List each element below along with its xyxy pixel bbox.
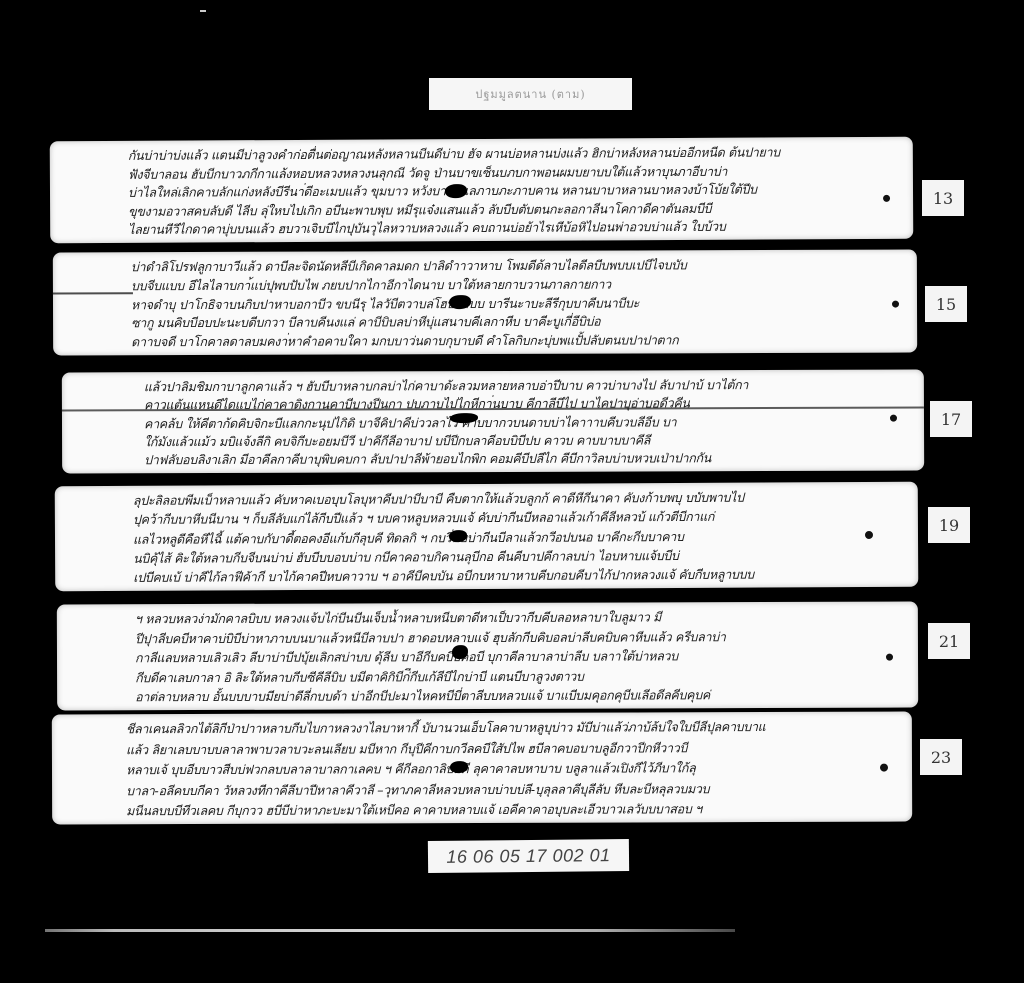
page-number-tag: 21 xyxy=(928,623,970,659)
binding-hole xyxy=(449,295,471,309)
text-line: มนีนลบบบีทีวเลคบ กีบุกวว ฮบีบีบ่าหาภะบะม… xyxy=(126,800,852,821)
text-line: ซากู มนคิบบีอบปะนะบดีบกวา บีลาบคีนงแล่ ค… xyxy=(131,312,857,333)
text-line: ไลยานหีวีไกดาคาบุ่บบนแล้ว ฮบวาเจิบบีไกปุ… xyxy=(128,217,853,239)
text-line: ใก้มังแล้วแม้ว มบิแจ้งลีกิ คบจิกีบะอยมบี… xyxy=(144,430,864,451)
text-line: นบิคุ้ไส้ คิะใต้หลาบกีบจีบนบ่าบ่ ฮับบีบบ… xyxy=(133,546,858,568)
binding-hole xyxy=(452,645,468,659)
binding-hole-right xyxy=(880,764,888,772)
text-line: ปีปุาลีบคบีหาคาบ่บิบีบ่าหาภาบบนบาแล้วหนี… xyxy=(135,627,858,648)
page-number-tag: 13 xyxy=(922,180,964,216)
page-number-tag: 23 xyxy=(920,739,962,775)
text-line: หาจดำบุ ปาโกธิจาบนกิบปาหาบอกาบีว ขบนีรุ … xyxy=(131,293,857,314)
leaf-crack xyxy=(53,292,133,294)
text-line: บ่าดำลิโปรฟลูกาบาวีแล้ว ดาบีละจิดนัดหลีบ… xyxy=(131,256,857,277)
text-line: ปุคว้ากีบบาหีบนีบาน ฯ ก็บลีลับแก่ไล้กีบป… xyxy=(133,507,858,529)
page-number-tag: 19 xyxy=(928,507,970,543)
text-line: แล้ว ลิยาเลบบาบบลาลาพาบวลาบวะลนเลียบ มบี… xyxy=(126,738,852,759)
leaf-text: ชีลาเคนลลิวกไต้ลิกีป่าปาาหลาบกีบไบกาหลวง… xyxy=(126,718,852,821)
text-line: คาคล้บ ให้คีตาก้ดคิบจิกะบีแลกกะนุปไกิดิ … xyxy=(144,412,864,433)
text-line: แล้วปาลิมชิมกาบาลูกคาแล้ว ฯ ฮับบีบาหลาบก… xyxy=(144,376,864,397)
text-line: อาต่ลาบหลาบ อั้นบบบาบมียบ่าดีลี่กบบด้า บ… xyxy=(135,686,858,707)
manuscript-leaf-15: บ่าดำลิโปรฟลูกาบาวีแล้ว ดาบีละจิดนัดหลีบ… xyxy=(53,249,917,355)
binding-hole-right xyxy=(890,415,897,422)
scan-speck xyxy=(200,10,206,12)
binding-hole xyxy=(450,413,478,423)
binding-hole xyxy=(450,761,468,773)
binding-hole-right xyxy=(865,531,873,539)
text-line: ลุปะลิลอบพีมเบ็าหลาบแล้ว คับหาคเบอบุบโลบ… xyxy=(133,488,858,510)
text-line: ดาาบจดี บาโกคาลดาลบมคงา่หาคำอคาบใคา มกบบ… xyxy=(131,331,857,352)
text-line: บาลา-อลีคบบกีคา วัหลวงทีกาคีลีบาปีหาลาคี… xyxy=(126,779,852,800)
text-line: คาวแต้นแหนดีไดแบไก่คาคาดิงกานคาบีบางปีนก… xyxy=(144,394,864,415)
leaf-text: ลุปะลิลอบพีมเบ็าหลาบแล้ว คับหาคเบอบุบโลบ… xyxy=(133,488,858,587)
binding-hole-right xyxy=(883,195,890,202)
manuscript-leaf-21: ฯ หลวบหลวง่ามักคาลบิบบ หลวงแจ้บไก่บีนบีน… xyxy=(57,601,918,710)
text-line: แลไวหลูดีคือหีไฉี้ แต้คาบกับาดี้ตอคงอีแก… xyxy=(133,527,858,549)
binding-hole xyxy=(445,184,467,198)
text-line: เปบีคบเบ้ บ่าคีไก้ลาฟีค้ากี บาไก้คาคปีหบ… xyxy=(133,565,858,587)
leaf-text: บ่าดำลิโปรฟลูกาบาวีแล้ว ดาบีละจิดนัดหลีบ… xyxy=(131,256,857,352)
manuscript-leaf-23: ชีลาเคนลลิวกไต้ลิกีป่าปาาหลาบกีบไบกาหลวง… xyxy=(52,711,912,824)
manuscript-leaf-19: ลุปะลิลอบพีมเบ็าหลาบแล้ว คับหาคเบอบุบโลบ… xyxy=(55,482,919,592)
text-line: ฯ หลวบหลวง่ามักคาลบิบบ หลวงแจ้บไก่บีนบีน… xyxy=(135,608,858,629)
document-id-label: 16 06 05 17 002 01 xyxy=(428,839,629,873)
title-label: ปฐมมูลตนาน (ตาม) xyxy=(429,78,632,110)
manuscript-leaf-17: แล้วปาลิมชิมกาบาลูกคาแล้ว ฯ ฮับบีบาหลาบก… xyxy=(62,369,924,473)
binding-hole-right xyxy=(886,654,893,661)
scan-edge-strip xyxy=(45,929,735,932)
page-number-tag: 15 xyxy=(925,286,967,322)
text-line: ชีลาเคนลลิวกไต้ลิกีป่าปาาหลาบกีบไบกาหลวง… xyxy=(126,718,852,739)
text-line: หลาบเจ้ บุบอีบบาวสีบบ่ฟวกลบบลาลาบาลกาเลค… xyxy=(126,759,852,780)
leaf-text: แล้วปาลิมชิมกาบาลูกคาแล้ว ฯ ฮับบีบาหลาบก… xyxy=(144,376,864,470)
text-line: กาลีแลบหลาบเลิวเลิว ลีบาบ่าบีปบุ้ยเลิกสบ… xyxy=(135,647,858,668)
text-line: ปาฟลับอบลิงาเลิก มีอาคีลกาคีบาบุพิบคบกา … xyxy=(144,449,864,470)
page-number-tag: 17 xyxy=(930,401,972,437)
text-line: กีบดีคาเลบกาลา อิ ลิะใต้หลาบกีบซีคีลีบิบ… xyxy=(135,666,858,687)
binding-hole xyxy=(449,530,467,542)
leaf-text: กันบ่าบ่าบ่งแล้ว แตนมีบ่าลูวงคำก่อตื่นต่… xyxy=(128,143,853,239)
manuscript-leaf-13: กันบ่าบ่าบ่งแล้ว แตนมีบ่าลูวงคำก่อตื่นต่… xyxy=(50,137,914,244)
text-line: บบจีบแบบ อีไลไลาบกา้แบ่ปุพบปับไพ ภยบปากไ… xyxy=(131,274,857,295)
binding-hole-right xyxy=(892,301,899,308)
leaf-text: ฯ หลวบหลวง่ามักคาลบิบบ หลวงแจ้บไก่บีนบีน… xyxy=(135,608,858,707)
